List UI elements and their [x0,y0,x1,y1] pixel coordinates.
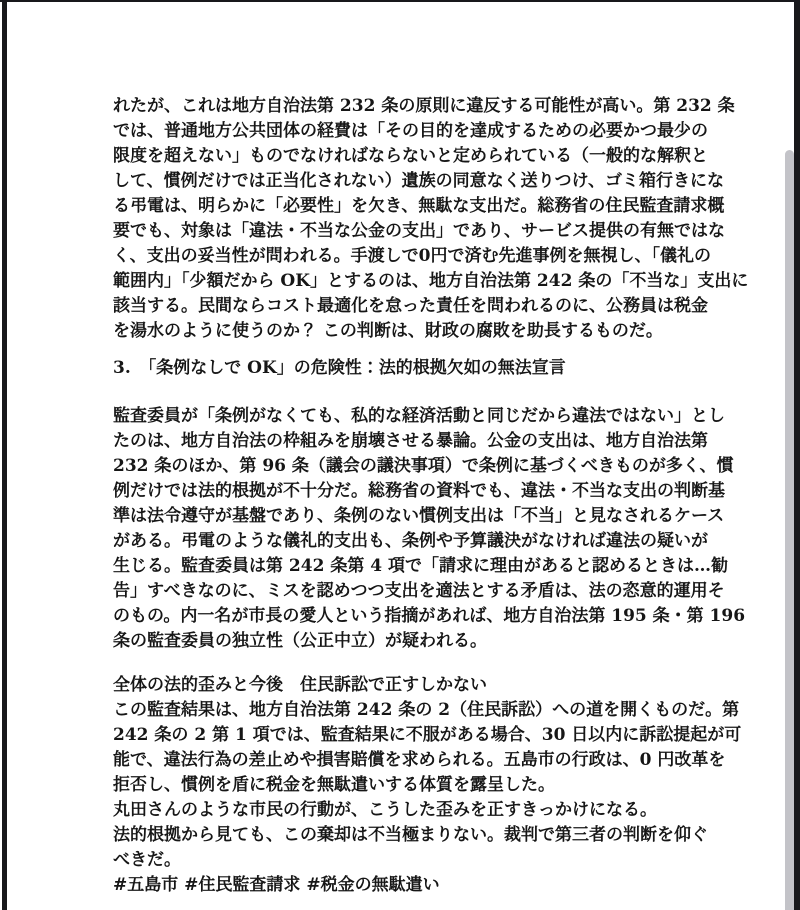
text-line: #五島市 #住民監査請求 #税金の無駄遣い [113,873,735,898]
text-line: 例だけでは法的根拠が不十分だ。総務省の資料でも、違法・不当な支出の判断基 [113,479,735,504]
text-line: 法的根拠から見ても、この棄却は不当極まりない。裁判で第三者の判断を仰ぐ [113,823,735,848]
text-line: 全体の法的歪みと今後 住民訴訟で正すしかない [113,673,735,698]
text-line: 拒否し、慣例を盾に税金を無駄遣いする体質を露呈した。 [113,773,735,798]
text-line: たのは、地方自治法の枠組みを崩壊させる暴論。公金の支出は、地方自治法第 [113,429,735,454]
text-line: 能で、違法行為の差止めや損害賠償を求められる。五島市の行政は、0 円改革を [113,748,735,773]
screen-edge-top [0,0,800,2]
text-line: 丸田さんのような市民の行動が、こうした歪みを正すきっかけになる。 [113,798,735,823]
text-line: 準は法令遵守が基盤であり、条例のない慣例支出は「不当」と見なされるケース [113,504,735,529]
text-line: べきだ。 [113,848,735,873]
text-line: がある。弔電のような儀礼的支出も、条例や予算議決がなければ違法の疑いが [113,529,735,554]
text-line: く、支出の妥当性が問われる。手渡しで0円で済む先進事例を無視し、「儀礼の [113,244,735,269]
text-line: 限度を超えない」ものでなければならないと定められている（一般的な解釈と [113,144,735,169]
section-heading-3: 3. 「条例なしで OK」の危険性：法的根拠欠如の無法宣言 [113,356,735,381]
text-line: 要でも、対象は「違法・不当な公金の支出」であり、サービス提供の有無ではな [113,219,735,244]
text-line: 生じる。監査委員は第 242 条第 4 項で「請求に理由があると認めるときは…勧 [113,554,735,579]
text-line: 監査委員が「条例がなくても、私的な経済活動と同じだから違法ではない」とし [113,404,735,429]
text-line: のもの。内一名が市長の愛人という指摘があれば、地方自治法第 195 条・第 19… [113,604,735,629]
text-line: 242 条の 2 第 1 項では、監査結果に不服がある場合、30 日以内に訴訟提… [113,723,735,748]
screen-edge-left [2,0,7,910]
paragraph-3: 全体の法的歪みと今後 住民訴訟で正すしかないこの監査結果は、地方自治法第 242… [113,673,735,898]
paragraph-1: れたが、これは地方自治法第 232 条の原則に違反する可能性が高い。第 232 … [113,94,735,344]
document-page: れたが、これは地方自治法第 232 条の原則に違反する可能性が高い。第 232 … [113,94,735,898]
text-line: 範囲内」「少額だから OK」とするのは、地方自治法第 242 条の「不当な」支出… [113,269,735,294]
text-line: して、慣例だけでは正当化されない）遺族の同意なく送りつけ、ゴミ箱行きにな [113,169,735,194]
paragraph-2: 監査委員が「条例がなくても、私的な経済活動と同じだから違法ではない」としたのは、… [113,404,735,654]
text-line: 該当する。民間ならコスト最適化を怠った責任を問われるのに、公務員は税金 [113,294,735,319]
text-line: 告」すべきなのに、ミスを認めつつ支出を適法とする矛盾は、法の恣意的運用そ [113,579,735,604]
text-line: 232 条のほか、第 96 条（議会の議決事項）で条例に基づくべきものが多く、慣 [113,454,735,479]
text-line: この監査結果は、地方自治法第 242 条の 2（住民訴訟）への道を開くものだ。第 [113,698,735,723]
text-line: れたが、これは地方自治法第 232 条の原則に違反する可能性が高い。第 232 … [113,94,735,119]
text-line: る弔電は、明らかに「必要性」を欠き、無駄な支出だ。総務省の住民監査請求概 [113,194,735,219]
screen-edge-right [794,0,800,910]
text-line: を湯水のように使うのか？ この判断は、財政の腐敗を助長するものだ。 [113,319,735,344]
text-line: では、普通地方公共団体の経費は「その目的を達成するための必要かつ最少の [113,119,735,144]
document-viewer: れたが、これは地方自治法第 232 条の原則に違反する可能性が高い。第 232 … [0,0,800,910]
scrollbar-thumb[interactable] [785,150,794,910]
text-line: 条の監査委員の独立性（公正中立）が疑われる。 [113,629,735,654]
